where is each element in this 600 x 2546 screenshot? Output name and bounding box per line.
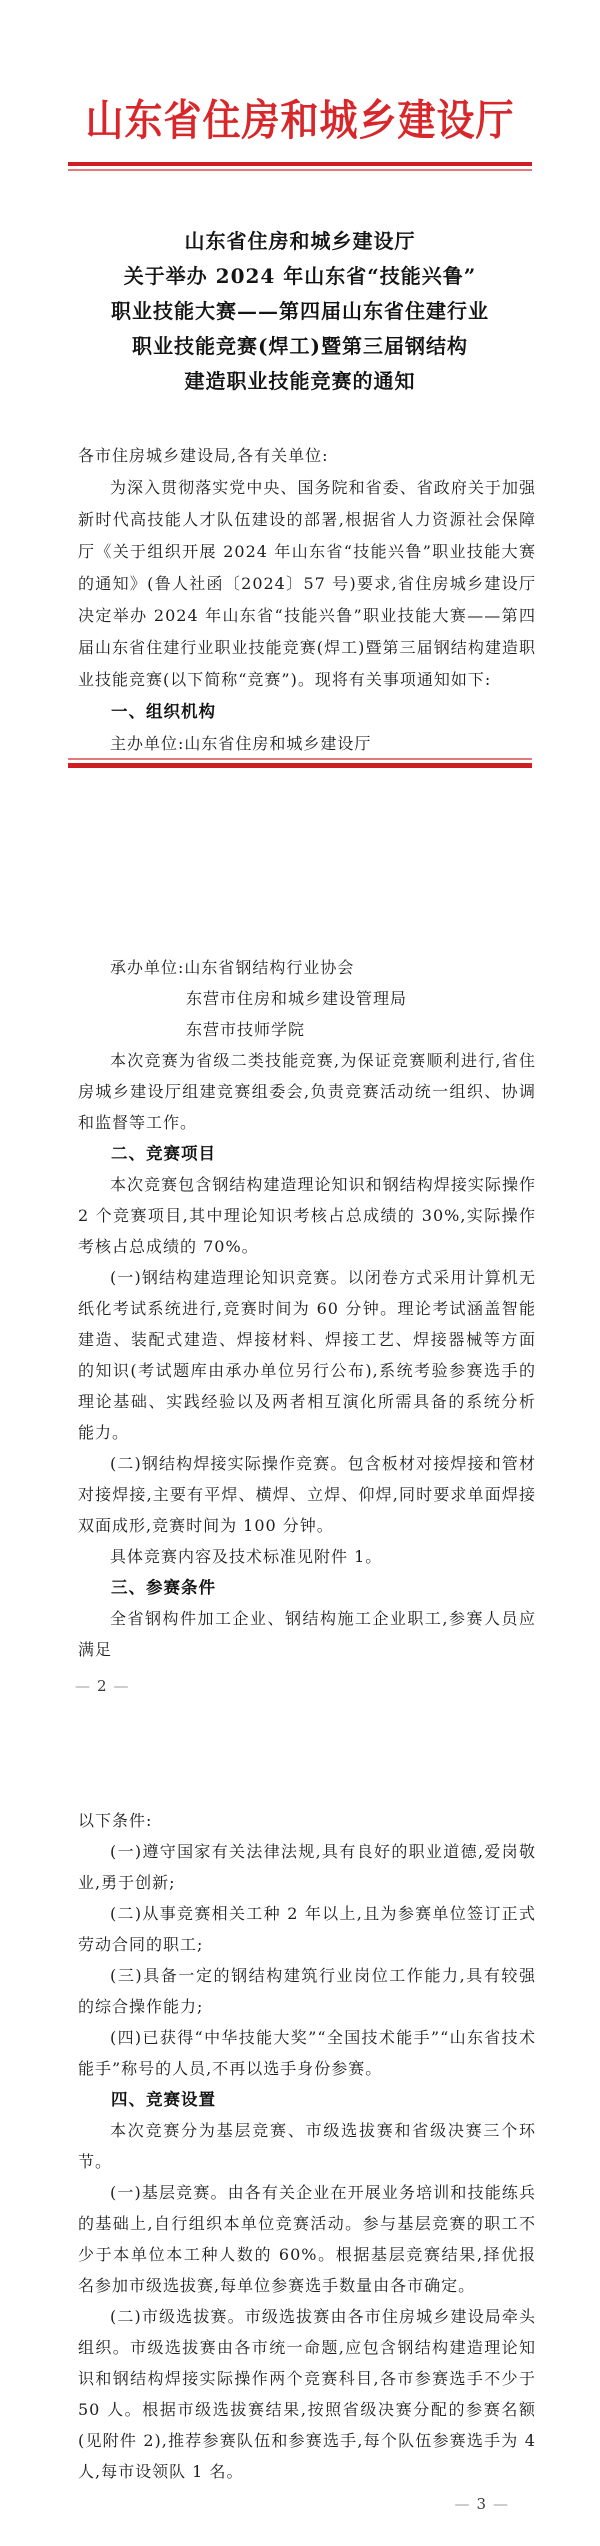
condition-item: (三)具备一定的钢结构建筑行业岗位工作能力,具有较强的综合操作能力; [78, 1960, 536, 2022]
salutation: 各市住房城乡建设局,各有关单位: [78, 440, 536, 472]
section-3-paragraph-continuation: 以下条件: [78, 1805, 536, 1836]
host-unit-line: 主办单位:山东省住房和城乡建设厅 [78, 728, 536, 760]
section-2-heading: 二、竞赛项目 [78, 1138, 536, 1169]
page-2-body: 承办单位:山东省钢结构行业协会 东营市住房和城乡建设管理局 东营市技师学院 本次… [0, 772, 600, 1702]
section-4-heading: 四、竞赛设置 [78, 2084, 536, 2115]
section-1-heading: 一、组织机构 [78, 696, 536, 728]
section-2-paragraph: (一)钢结构建造理论知识竞赛。以闭卷方式采用计算机无纸化考试系统进行,竞赛时间为… [78, 1262, 536, 1448]
page-number-value: 2 [97, 1677, 107, 1695]
page-3-body: 以下条件: (一)遵守国家有关法律法规,具有良好的职业道德,爱岗敬业,勇于创新;… [0, 1804, 600, 2520]
page-number-dash: — [447, 2495, 476, 2513]
condition-item: (二)从事竞赛相关工种 2 年以上,且为参赛单位签订正式劳动合同的职工; [78, 1898, 536, 1960]
document-title-line: 建造职业技能竞赛的通知 [0, 364, 600, 399]
rule-thin [68, 758, 532, 760]
page-2: 承办单位:山东省钢结构行业协会 东营市住房和城乡建设管理局 东营市技师学院 本次… [0, 772, 600, 1804]
document-scan: { "document": { "letterhead": "山东省住房和城乡建… [0, 0, 600, 2546]
section-2-paragraph: 具体竞赛内容及技术标准见附件 1。 [78, 1541, 536, 1572]
section-4-paragraph: (二)市级选拔赛。市级选拔赛由各市住房城乡建设局牵头组织。市级选拔赛由各市统一命… [78, 2301, 536, 2487]
rule-thick [68, 763, 532, 768]
rule-thick [68, 162, 532, 166]
page-number-dash: — [68, 1677, 97, 1695]
letterhead-title: 山东省住房和城乡建设厅 [85, 99, 514, 142]
document-title-line: 职业技能竞赛(焊工)暨第三届钢结构 [0, 329, 600, 364]
letterhead-wrap: 山东省住房和城乡建设厅 [0, 0, 600, 137]
page-number-3: —3— [78, 2489, 515, 2520]
organizer-unit-line: 承办单位:山东省钢结构行业协会 [78, 952, 536, 983]
committee-paragraph: 本次竞赛为省级二类技能竞赛,为保证竞赛顺利进行,省住房城乡建设厅组建竞赛组委会,… [78, 1045, 536, 1138]
intro-paragraph: 为深入贯彻落实党中央、国务院和省委、省政府关于加强新时代高技能人才队伍建设的部署… [78, 472, 536, 696]
section-4-paragraph: (一)基层竞赛。由各有关企业在开展业务培训和技能练兵的基础上,自行组织本单位竞赛… [78, 2177, 536, 2301]
section-4-paragraph: 本次竞赛分为基层竞赛、市级选拔赛和省级决赛三个环节。 [78, 2115, 536, 2177]
document-title-line: 山东省住房和城乡建设厅 [0, 224, 600, 259]
page-3: 以下条件: (一)遵守国家有关法律法规,具有良好的职业道德,爱岗敬业,勇于创新;… [0, 1804, 600, 2546]
section-2-paragraph: 本次竞赛包含钢结构建造理论知识和钢结构焊接实际操作 2 个竞赛项目,其中理论知识… [78, 1169, 536, 1262]
section-2-paragraph: (二)钢结构焊接实际操作竞赛。包含板材对接焊接和管材对接焊接,主要有平焊、横焊、… [78, 1448, 536, 1541]
condition-item: (一)遵守国家有关法律法规,具有良好的职业道德,爱岗敬业,勇于创新; [78, 1836, 536, 1898]
page-1: 山东省住房和城乡建设厅 山东省住房和城乡建设厅 关于举办 2024 年山东省“技… [0, 0, 600, 772]
page-number-2: —2— [68, 1671, 536, 1702]
co-organizer-line: 东营市技师学院 [78, 1014, 536, 1045]
page-number-dash: — [107, 1677, 136, 1695]
document-title: 山东省住房和城乡建设厅 关于举办 2024 年山东省“技能兴鲁” 职业技能大赛—… [0, 224, 600, 399]
section-3-heading: 三、参赛条件 [78, 1572, 536, 1603]
letterhead-rule [68, 162, 532, 171]
co-organizer-line: 东营市住房和城乡建设管理局 [78, 983, 536, 1014]
rule-thin [68, 169, 532, 171]
condition-item: (四)已获得“中华技能大奖”“全国技术能手”“山东省技术能手”称号的人员,不再以… [78, 2022, 536, 2084]
page-1-body: 各市住房城乡建设局,各有关单位: 为深入贯彻落实党中央、国务院和省委、省政府关于… [0, 440, 600, 760]
page-number-dash: — [486, 2495, 515, 2513]
document-title-line: 职业技能大赛——第四届山东省住建行业 [0, 294, 600, 329]
section-3-paragraph-start: 全省钢构件加工企业、钢结构施工企业职工,参赛人员应满足 [78, 1603, 536, 1665]
page-number-value: 3 [476, 2495, 486, 2513]
document-title-line: 关于举办 2024 年山东省“技能兴鲁” [0, 259, 600, 294]
page-1-bottom-rule [68, 758, 532, 768]
